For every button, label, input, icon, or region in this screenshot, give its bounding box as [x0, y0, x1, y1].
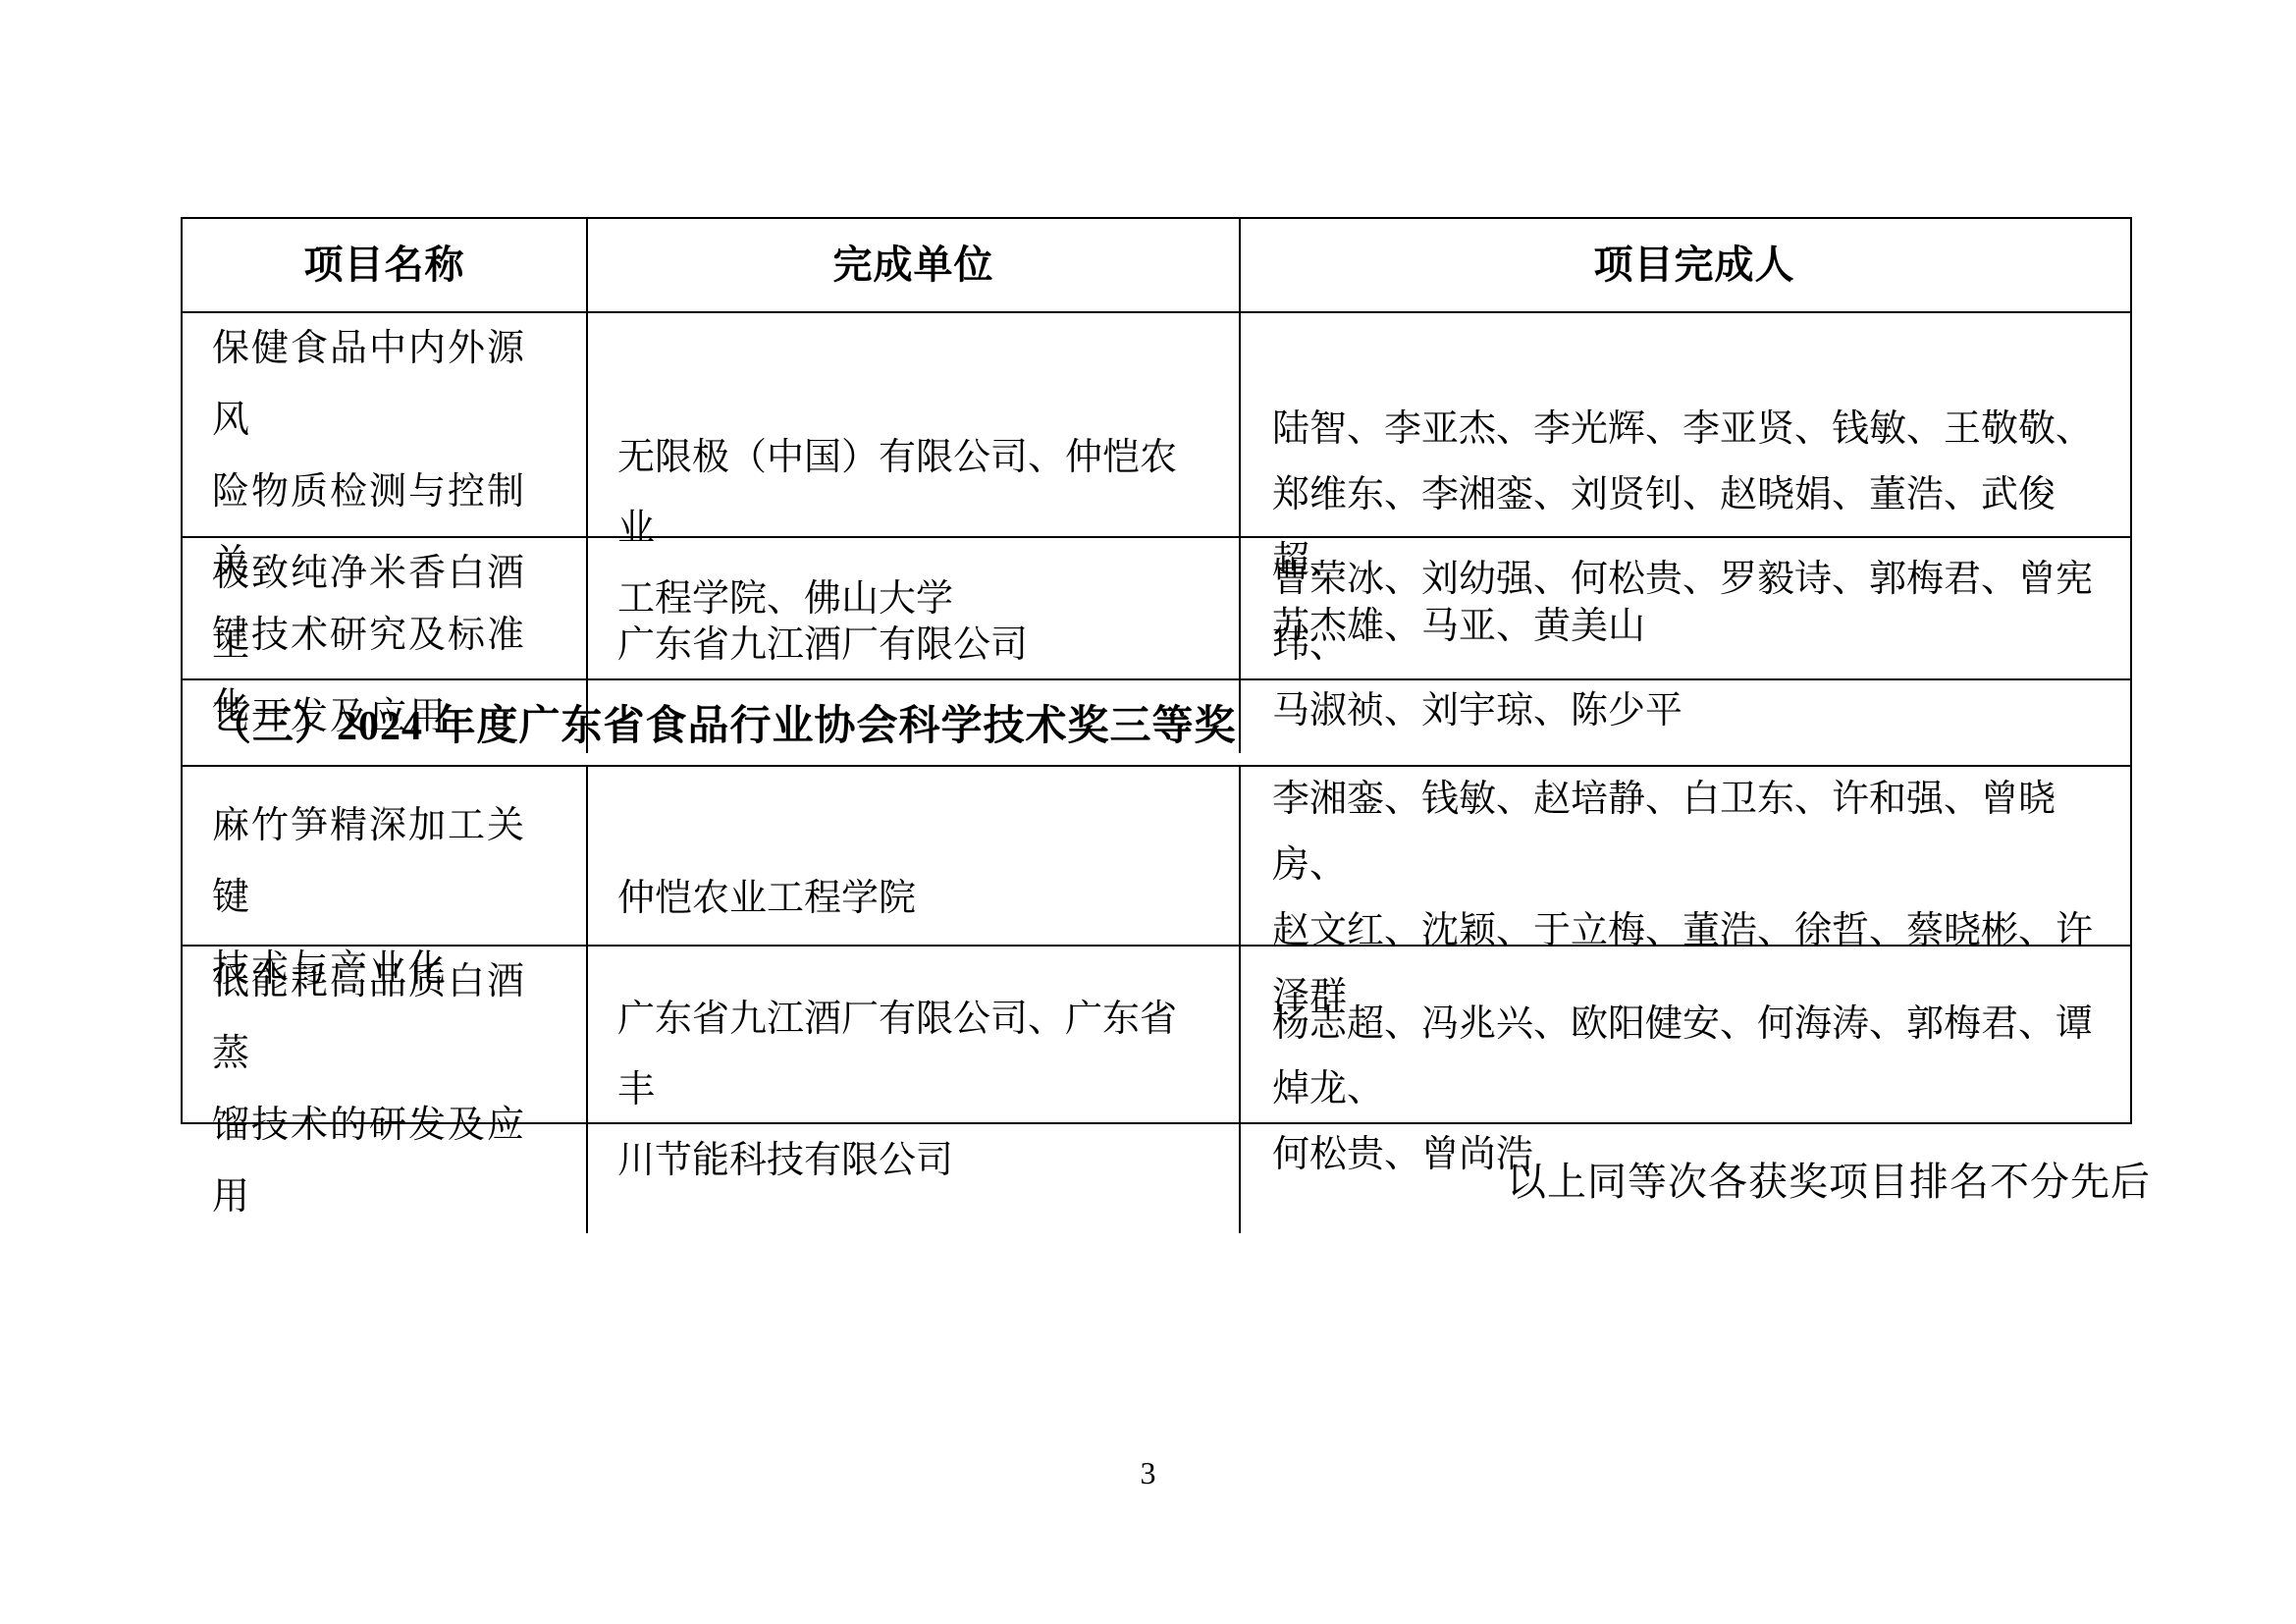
- document-page: 项目名称 完成单位 项目完成人 保健食品中内外源风 险物质检测与控制关 键技术研…: [0, 0, 2296, 1624]
- column-header-project-name: 项目名称: [183, 219, 588, 311]
- project-name-text: 低能耗高品质白酒蒸 馏技术的研发及应用: [212, 947, 557, 1233]
- table-header-row: 项目名称 完成单位 项目完成人: [183, 219, 2130, 313]
- column-header-people: 项目完成人: [1241, 219, 2130, 311]
- table-row-third-prize-2: 低能耗高品质白酒蒸 馏技术的研发及应用 广东省九江酒厂有限公司、广东省丰 川节能…: [183, 947, 2130, 1122]
- completing-unit-text: 广东省九江酒厂有限公司、广东省丰 川节能科技有限公司: [617, 984, 1209, 1197]
- award-table: 项目名称 完成单位 项目完成人 保健食品中内外源风 险物质检测与控制关 键技术研…: [181, 217, 2132, 1124]
- table-row-third-prize-1: 麻竹笋精深加工关键 技术与产业化 仲恺农业工程学院 李湘銮、钱敏、赵培静、白卫东…: [183, 767, 2130, 947]
- page-number: 3: [0, 1455, 2296, 1491]
- section-heading: （三）2024 年度广东省食品行业协会科学技术奖三等奖: [183, 680, 2130, 765]
- column-header-unit-text: 完成单位: [833, 242, 994, 289]
- column-header-people-text: 项目完成人: [1594, 242, 1795, 289]
- section-heading-row: （三）2024 年度广东省食品行业协会科学技术奖三等奖: [183, 680, 2130, 767]
- ranking-disclaimer-note: 以上同等次各获奖项目排名不分先后: [1507, 1151, 2151, 1207]
- completing-unit-text: 广东省九江酒厂有限公司: [617, 610, 1028, 680]
- completing-unit-text: 仲恺农业工程学院: [617, 863, 916, 934]
- table-row-second-prize-2: 极致纯净米香白酒工 艺开发及应用 广东省九江酒厂有限公司 曹荣冰、刘幼强、何松贵…: [183, 538, 2130, 680]
- column-header-unit: 完成单位: [588, 219, 1241, 311]
- column-header-project-name-text: 项目名称: [304, 242, 465, 289]
- section-heading-text: （三）2024 年度广东省食品行业协会科学技术奖三等奖: [210, 693, 1237, 752]
- table-row-second-prize-1: 保健食品中内外源风 险物质检测与控制关 键技术研究及标准化 无限极（中国）有限公…: [183, 313, 2130, 538]
- completing-unit-cell: 广东省九江酒厂有限公司、广东省丰 川节能科技有限公司: [588, 947, 1241, 1233]
- project-name-cell: 低能耗高品质白酒蒸 馏技术的研发及应用: [183, 947, 588, 1233]
